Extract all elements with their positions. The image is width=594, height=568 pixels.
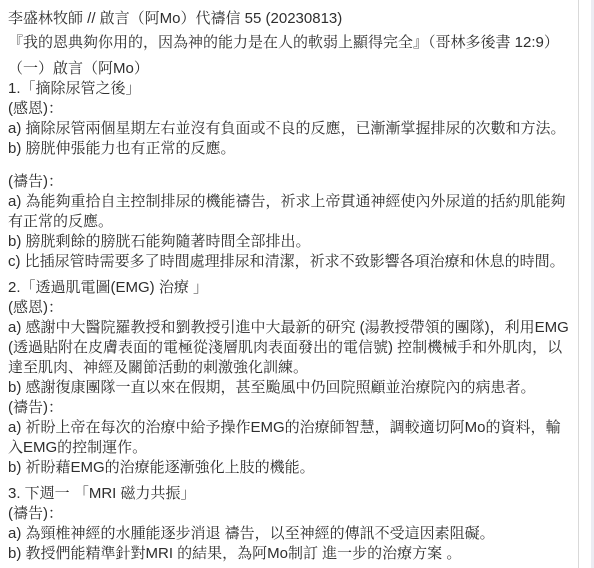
- prayer-block: (禱告)：a) 祈盼上帝在每次的治療中給予操作EMG的治療師智慧，調較適切阿Mo…: [8, 398, 572, 478]
- letter-section: 3. 下週一 「MRI 磁力共振」 (禱告)：a) 為頸椎神經的水腫能逐步消退 …: [8, 484, 572, 564]
- prayer-item: a) 祈盼上帝在每次的治療中給予操作EMG的治療師智慧，調較適切阿Mo的資料，輸…: [8, 418, 572, 458]
- prayer-item: b) 感謝復康團隊一直以來在假期，甚至颱風中仍回院照顧並治療院內的病患者。: [8, 378, 572, 398]
- section-heading: 1.「摘除尿管之後」: [8, 79, 572, 99]
- block-label: (禱告)：: [8, 398, 572, 418]
- prayer-letter-page: 李盛林牧師 // 啟言（阿Mo）代禱信 55 (20230813) 『我的恩典夠…: [0, 0, 594, 568]
- prayer-item: b) 膀胱剩餘的膀胱石能夠隨著時間全部排出。: [8, 232, 572, 252]
- letter-section: 1.「摘除尿管之後」 (感恩)：a) 摘除尿管兩個星期左右並沒有負面或不良的反應…: [8, 79, 572, 272]
- scripture-verse: 『我的恩典夠你用的，因為神的能力是在人的軟弱上顯得完全』（哥林多後書 12:9）: [8, 33, 572, 53]
- section-heading: 2.「透過肌電圖(EMG) 治療 」: [8, 278, 572, 298]
- sections: 1.「摘除尿管之後」 (感恩)：a) 摘除尿管兩個星期左右並沒有負面或不良的反應…: [8, 79, 572, 564]
- letter-title: 李盛林牧師 // 啟言（阿Mo）代禱信 55 (20230813): [8, 9, 572, 29]
- block-label: (感恩)：: [8, 99, 572, 119]
- block-label: (禱告)：: [8, 504, 572, 524]
- block-label: (感恩)：: [8, 298, 572, 318]
- prayer-item: a) 為能夠重拾自主控制排尿的機能禱告，祈求上帝貫通神經使內外尿道的括約肌能夠有…: [8, 192, 572, 232]
- prayer-item: a) 摘除尿管兩個星期左右並沒有負面或不良的反應，已漸漸掌握排尿的次數和方法。: [8, 119, 572, 139]
- intro-heading: （一）啟言（阿Mo）: [8, 59, 572, 79]
- prayer-block: (禱告)：a) 為頸椎神經的水腫能逐步消退 禱告，以至神經的傳訊不受這因素阻礙。…: [8, 504, 572, 564]
- prayer-item: a) 為頸椎神經的水腫能逐步消退 禱告，以至神經的傳訊不受這因素阻礙。: [8, 524, 572, 544]
- prayer-item: b) 祈盼藉EMG的治療能逐漸強化上肢的機能。: [8, 458, 572, 478]
- prayer-item: b) 膀胱伸張能力也有正常的反應。: [8, 139, 572, 159]
- letter-content: 李盛林牧師 // 啟言（阿Mo）代禱信 55 (20230813) 『我的恩典夠…: [0, 0, 579, 568]
- prayer-item: a) 感謝中大醫院羅教授和劉教授引進中大最新的研究 (湯教授帶領的團隊)，利用E…: [8, 318, 572, 378]
- section-blocks: (感恩)：a) 摘除尿管兩個星期左右並沒有負面或不良的反應，已漸漸掌握排尿的次數…: [8, 99, 572, 272]
- prayer-item: b) 教授們能精準針對MRI 的結果，為阿Mo制訂 進一步的治療方案 。: [8, 544, 572, 564]
- block-label: (禱告)：: [8, 172, 572, 192]
- section-heading: 3. 下週一 「MRI 磁力共振」: [8, 484, 572, 504]
- prayer-block: (禱告)：a) 為能夠重拾自主控制排尿的機能禱告，祈求上帝貫通神經使內外尿道的括…: [8, 172, 572, 272]
- prayer-block: (感恩)：a) 感謝中大醫院羅教授和劉教授引進中大最新的研究 (湯教授帶領的團隊…: [8, 298, 572, 398]
- prayer-block: (感恩)：a) 摘除尿管兩個星期左右並沒有負面或不良的反應，已漸漸掌握排尿的次數…: [8, 99, 572, 159]
- letter-section: 2.「透過肌電圖(EMG) 治療 」 (感恩)：a) 感謝中大醫院羅教授和劉教授…: [8, 278, 572, 478]
- section-blocks: (感恩)：a) 感謝中大醫院羅教授和劉教授引進中大最新的研究 (湯教授帶領的團隊…: [8, 298, 572, 478]
- section-blocks: (禱告)：a) 為頸椎神經的水腫能逐步消退 禱告，以至神經的傳訊不受這因素阻礙。…: [8, 504, 572, 564]
- prayer-item: c) 比插尿管時需要多了時間處理排尿和清潔，祈求不致影響各項治療和休息的時間。: [8, 252, 572, 272]
